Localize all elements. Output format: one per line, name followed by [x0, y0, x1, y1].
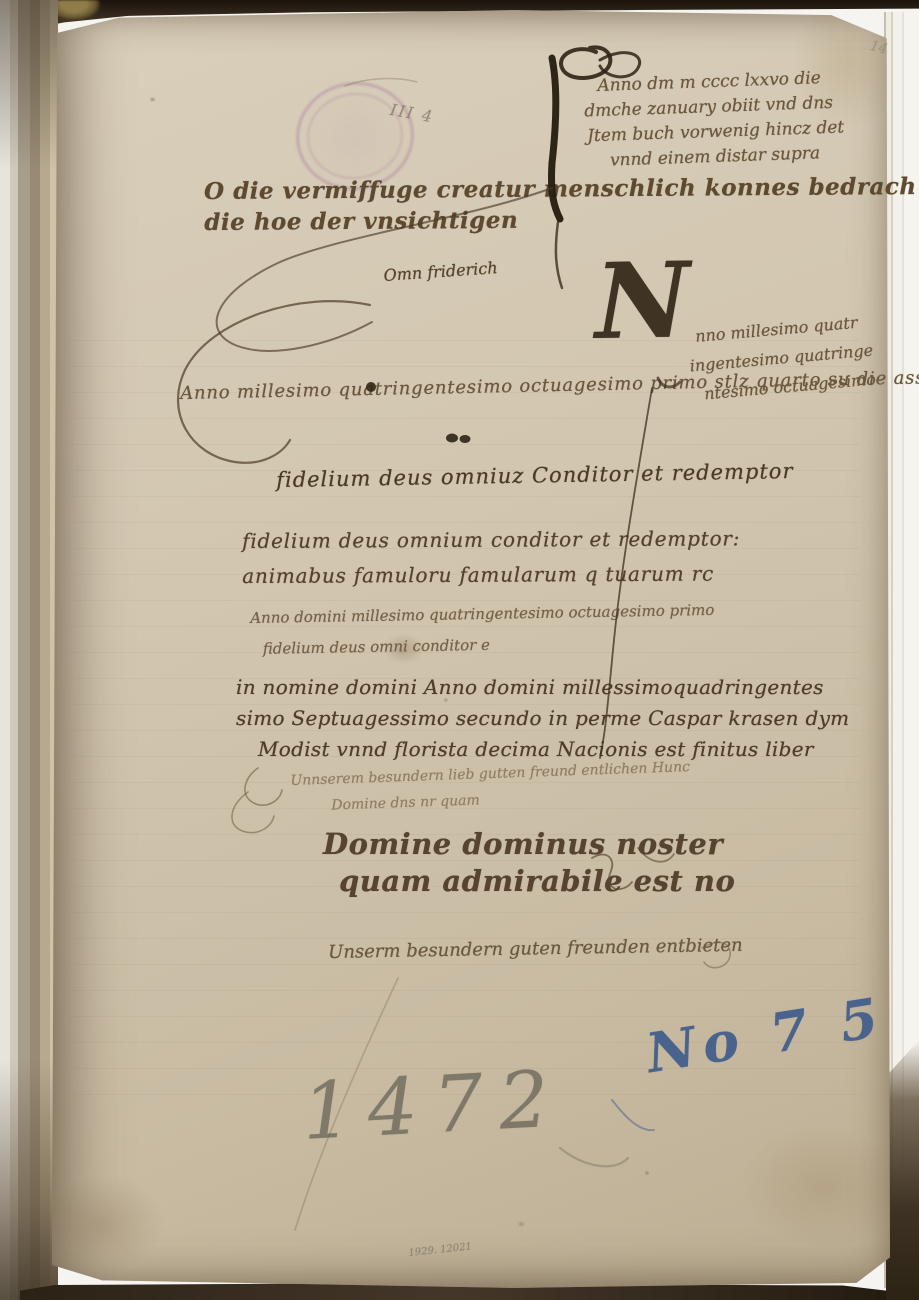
note-line: quam admirabile est no [339, 863, 735, 900]
colophon-block: in nomine domini Anno domini millessimoq… [236, 672, 849, 765]
domine-psalm-lines: Domine dominus noster quam admirabile es… [323, 826, 735, 900]
header-inscription: O die vermiffuge creatur menschlich konn… [204, 171, 917, 238]
manuscript-scan: III 4 14 Anno dm m cccc lxxvo die dmche … [0, 0, 919, 1300]
gutter-shadow-top [0, 0, 58, 170]
note-line: fidelium deus omnium conditor et redempt… [242, 521, 740, 559]
gutter-shadow-bottom [0, 1060, 58, 1300]
year-pencil: 1472 [300, 1054, 567, 1158]
anno-block-right: nno millesimo quatr ingentesimo quatring… [694, 307, 877, 409]
note-line: simo Septuagessimo secundo in perme Casp… [236, 703, 849, 734]
fidelium-pair: fidelium deus omnium conditor et redempt… [242, 521, 741, 594]
anno-domini-pair: Anno domini millesimo quatringentesimo o… [250, 595, 715, 665]
initial-letter-n: N [594, 248, 691, 354]
note-line: Domine dominus noster [323, 826, 735, 863]
page-edge-dark-corner [886, 1040, 919, 1300]
note-top-right: Anno dm m cccc lxxvo die dmche zanuary o… [597, 65, 846, 173]
note-line: in nomine domini Anno domini millessimoq… [236, 672, 849, 703]
header-line: die hoe der vnsichtigen [204, 202, 917, 238]
header-line: O die vermiffuge creatur menschlich konn… [204, 171, 917, 207]
note-line: animabus famuloru famularum q tuarum rc [242, 556, 740, 594]
